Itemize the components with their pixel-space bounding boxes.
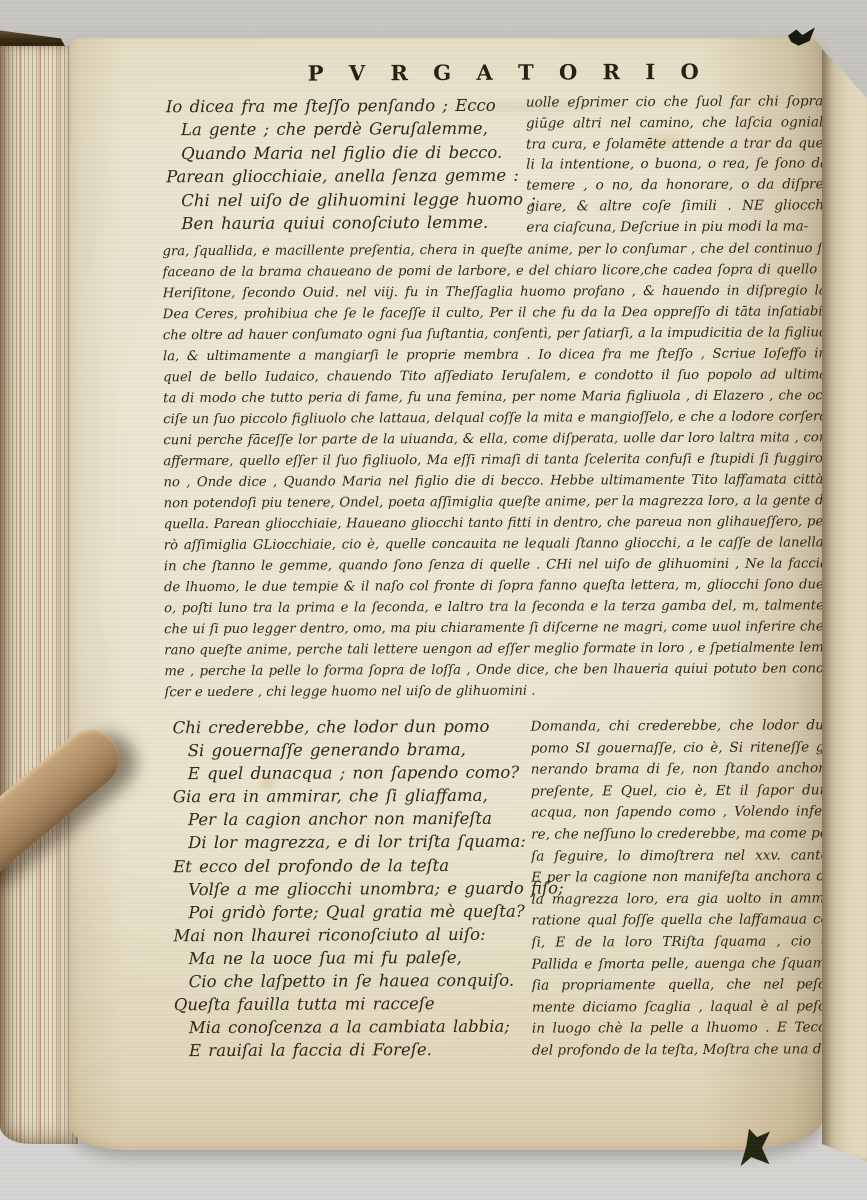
top-poem-tercets: Io dicea fra me ſteſſo penſando ; EccoLa… <box>166 94 537 236</box>
fore-edge-page-block <box>0 46 78 1144</box>
text-line: mente diciamo ſcaglia , laqual è al peſc… <box>532 996 834 1019</box>
text-line: Si gouernaſſe generando brama, <box>188 738 543 763</box>
text-line: Ma ne la uoce ſua mi fu paleſe, <box>189 946 544 971</box>
text-line: Queſta fauilla tutta mi racceſe <box>174 992 544 1017</box>
text-line: ſi, E de la loro TRiſta ſquama , cio è, <box>531 931 833 954</box>
text-line: preſente, E Quel, cio è, Et il ſapor dun… <box>531 780 833 803</box>
text-line: Gia era in ammirar, che ſi gliaffama, <box>173 784 543 809</box>
text-line: acqua, non ſapendo como , Volendo inferi <box>531 802 833 825</box>
text-line: affermare, quello eſſer il ſuo figliuolo… <box>163 448 827 472</box>
text-line: Heriſitone, ſecondo Ouid. nel viij. fu i… <box>163 280 827 304</box>
text-line: era ciaſcuna, Deſcriue in piu modi la ma… <box>526 216 828 238</box>
text-line: tra cura, e ſolamēte attende a trar da q… <box>526 133 828 155</box>
text-line: Dea Ceres, prohibiua che ſe le faceſſe i… <box>163 301 827 325</box>
text-line: Poi gridò forte; Qual gratia mè queſta? <box>188 899 543 924</box>
text-line: del profondo de la teſta, Moſtra che una… <box>532 1039 834 1062</box>
text-line: uolle eſprimer cio che ſuol far chi ſopr… <box>526 91 828 113</box>
photo-of-open-book: { "book": { "running_head": "P V R G A T… <box>0 0 867 1200</box>
text-line: ſa ſeguire, lo dimoſtrera nel xxv. canto… <box>531 845 833 868</box>
top-right-commentary-column: uolle eſprimer cio che ſuol far chi ſopr… <box>526 91 829 238</box>
text-line: de lhuomo, le due tempie & il naſo col f… <box>164 574 828 598</box>
text-line: la magrezza loro, era gia uolto in ammi- <box>531 888 833 911</box>
page-content: P V R G A T O R I O Io dicea fra me ſteſ… <box>68 36 825 1151</box>
text-line: Pallida e ſmorta pelle, auenga che ſquam… <box>532 953 834 976</box>
book-page: P V R G A T O R I O Io dicea fra me ſteſ… <box>70 38 822 1150</box>
text-line: giūge altri nel camino, che laſcia ognia… <box>526 112 828 134</box>
lower-poem-tercets: Chi crederebbe, che lodor dun pomoSi gou… <box>173 715 545 1063</box>
text-line: li la intentione, o buona, o rea, ſe ſon… <box>526 154 828 176</box>
text-line: quella. Parean gliocchiaie, Haueano glio… <box>164 511 828 535</box>
text-line: gra, ſquallida, e macillente preſentia, … <box>162 238 826 262</box>
text-line: Mia conoſcenza a la cambiata labbia; <box>189 1015 544 1040</box>
text-line: temere , o no, da honorare, o da diſpre- <box>526 175 828 197</box>
text-line: rano queſte anime, perche tali lettere u… <box>164 637 828 661</box>
text-line: no , Onde dice , Quando Maria nel figlio… <box>163 469 827 493</box>
text-line: Per la cagion anchor non manifeſta <box>188 807 543 832</box>
text-line: re, che neſſuno lo crederebbe, ma come p… <box>531 823 833 846</box>
text-line: Ben hauria quiui conoſciuto lemme. <box>181 211 536 236</box>
main-commentary-block: gra, ſquallida, e macillente preſentia, … <box>162 238 828 703</box>
text-line: ratione qual foſſe quella che laffamaua … <box>531 910 833 933</box>
text-line: che oltre ad hauer conſumato ogni ſua ſu… <box>163 322 827 346</box>
text-line: in che ſtanno le gemme, quando ſono ſenz… <box>164 553 828 577</box>
text-line: giare, & altre coſe ſimili . NE gliocchi <box>526 195 828 217</box>
text-line: me , perche la pelle lo forma ſopra de l… <box>164 658 828 682</box>
text-line: o, poſti luno tra la prima e la ſeconda,… <box>164 595 828 619</box>
text-line: quel de bello Iudaico, chauendo Tito aſſ… <box>163 364 827 388</box>
text-line: E rauiſai la faccia di Foreſe. <box>189 1038 544 1063</box>
facing-leaf-edge <box>822 40 867 1162</box>
text-line: La gente ; che perdè Geruſalemme, <box>181 117 536 142</box>
text-line: ſcer e uedere , chi legge huomo nel uiſo… <box>164 679 828 703</box>
text-line: Volſe a me gliocchi unombra; e guardo fi… <box>188 876 543 901</box>
lower-right-commentary-column: Domanda, chi crederebbe, che lodor dunpo… <box>531 715 835 1062</box>
text-line: non potendoſi piu tenere, Ondel, poeta a… <box>164 490 828 514</box>
text-line: Io dicea fra me ſteſſo penſando ; Ecco <box>166 94 536 119</box>
text-line: E per la cagione non manifeſta anchora d… <box>531 866 833 889</box>
text-line: Cio che laſpetto in ſe hauea conquiſo. <box>189 969 544 994</box>
text-line: Et ecco del profondo de la teſta <box>173 853 543 878</box>
text-line: Mai non lhaurei riconoſciuto al uiſo: <box>173 922 543 947</box>
text-line: E quel dunacqua ; non ſapendo como? <box>188 761 543 786</box>
text-line: pomo SI gouernaſſe, cio è, Si riteneſſe … <box>531 737 833 760</box>
text-line: in luogo chè la pelle a lhuomo . E Tecco <box>532 1018 834 1041</box>
text-line: Parean gliocchiaie, anella ſenza gemme : <box>166 164 536 189</box>
text-line: ciſe un ſuo piccolo figliuolo che lattau… <box>163 406 827 430</box>
text-line: Chi nel uiſo de glihuomini legge huomo ; <box>181 187 536 212</box>
text-line: ta di modo che tutto peria di fame, fu u… <box>163 385 827 409</box>
text-line: Di lor magrezza, e di lor triſta ſquama: <box>188 830 543 855</box>
text-line: la, & ultimamente a mangiarſi le proprie… <box>163 343 827 367</box>
text-line: ſia propriamente quella, che nel peſce a… <box>532 974 834 997</box>
text-line: Quando Maria nel figlio die di becco. <box>181 140 536 165</box>
running-head: P V R G A T O R I O <box>308 59 638 85</box>
text-line: cuni perche fāceſſe lor parte de la uiua… <box>163 427 827 451</box>
text-line: Chi crederebbe, che lodor dun pomo <box>173 715 543 740</box>
text-line: che ui ſi puo legger dentro, omo, ma piu… <box>164 616 828 640</box>
text-line: Domanda, chi crederebbe, che lodor dun <box>531 715 833 738</box>
text-line: nerando brama di ſe, non ſtando anchora <box>531 759 833 782</box>
text-line: faceano de la brama chaueano de pomi de … <box>163 259 827 283</box>
text-line: rò aſſimiglia GLiocchiaie, cio è, quelle… <box>164 532 828 556</box>
